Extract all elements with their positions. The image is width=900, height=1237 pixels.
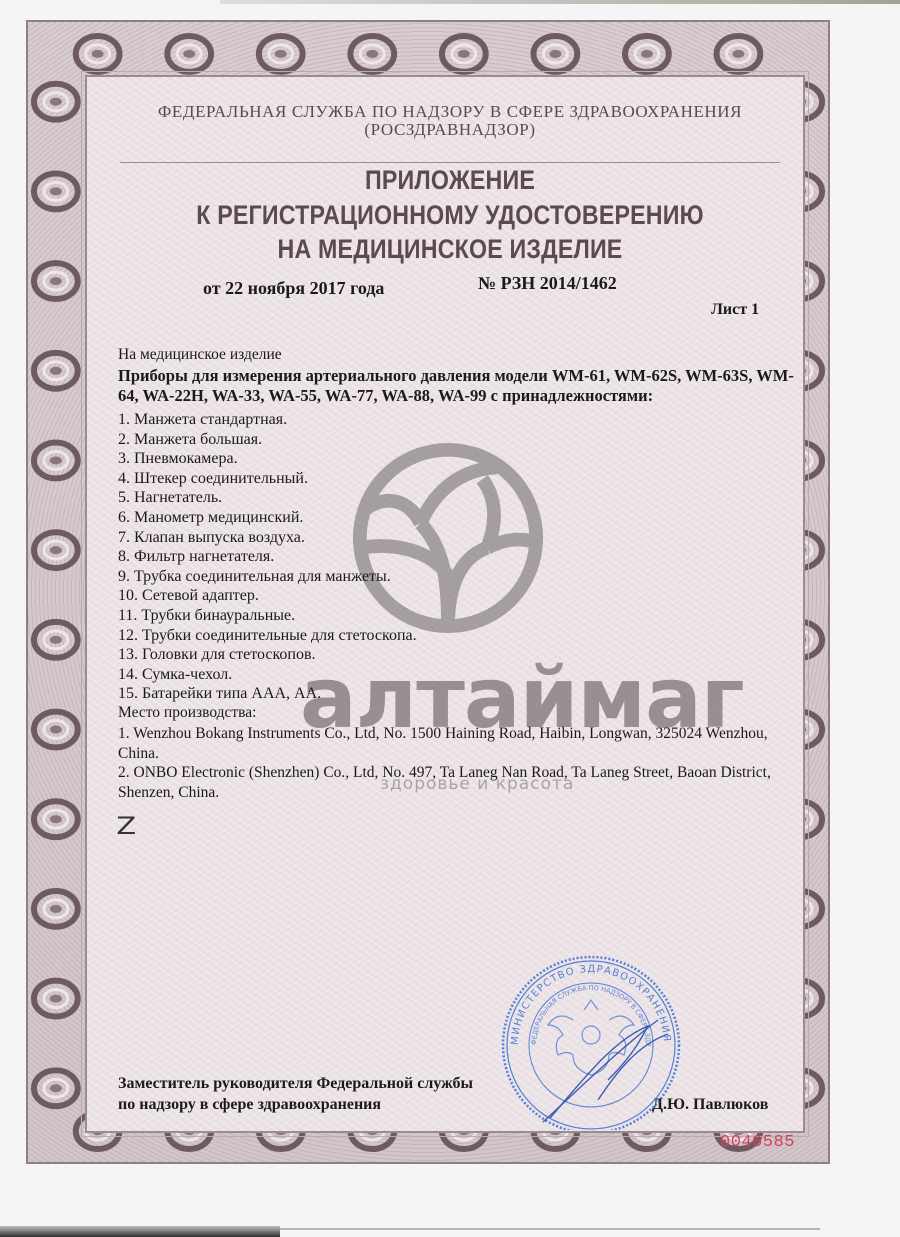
- list-item: 9. Трубка соединительная для манжеты.: [118, 567, 417, 587]
- list-item: 15. Батарейки типа ААА, АА.: [118, 684, 417, 704]
- list-item: 7. Клапан выпуска воздуха.: [118, 528, 417, 548]
- document-title-line1: ПРИЛОЖЕНИЕ: [63, 165, 837, 196]
- manufacturing-sites: 1. Wenzhou Bokang Instruments Co., Ltd, …: [118, 724, 778, 802]
- device-intro: На медицинское изделие: [118, 346, 282, 364]
- list-item: 12. Трубки соединительные для стетоскопа…: [118, 626, 417, 646]
- issue-date: от 22 ноября 2017 года: [203, 278, 384, 299]
- accessories-list: 1. Манжета стандартная. 2. Манжета больш…: [118, 410, 417, 704]
- list-item: 6. Манометр медицинский.: [118, 508, 417, 528]
- list-item: 8. Фильтр нагнетателя.: [118, 547, 417, 567]
- paper-edge: [0, 1226, 280, 1237]
- registration-number: № РЗН 2014/1462: [478, 273, 617, 294]
- list-item: 1. Манжета стандартная.: [118, 410, 417, 430]
- sheet-number: Лист 1: [711, 301, 759, 319]
- document-title-line3: НА МЕДИЦИНСКОЕ ИЗДЕЛИЕ: [63, 234, 837, 265]
- list-item: 14. Сумка-чехол.: [118, 665, 417, 685]
- manufacturing-label: Место производства:: [118, 704, 257, 722]
- device-name: Приборы для измерения артериального давл…: [118, 366, 798, 406]
- list-item: 3. Пневмокамера.: [118, 449, 417, 469]
- signatory-position-line2: по надзору в сфере здравоохранения: [118, 1096, 381, 1114]
- agency-abbreviation: (РОСЗДРАВНАДЗОР): [0, 120, 900, 140]
- signatory-position-line1: Заместитель руководителя Федеральной слу…: [118, 1075, 473, 1093]
- header-divider: [120, 162, 780, 163]
- list-item: 10. Сетевой адаптер.: [118, 586, 417, 606]
- list-item: 5. Нагнетатель.: [118, 488, 417, 508]
- document-title-line2: К РЕГИСТРАЦИОННОМУ УДОСТОВЕРЕНИЮ: [63, 200, 837, 231]
- list-item: 2. Манжета большая.: [118, 430, 417, 450]
- official-seal-icon: МИНИСТЕРСТВО ЗДРАВООХРАНЕНИЯ РОССИЙСКОЙ …: [488, 950, 694, 1130]
- paper-edge: [220, 0, 900, 4]
- list-item: 1. Wenzhou Bokang Instruments Co., Ltd, …: [118, 724, 778, 763]
- list-item: 11. Трубки бинауральные.: [118, 606, 417, 626]
- handwritten-mark: Z: [116, 812, 136, 840]
- list-item: 13. Головки для стетоскопов.: [118, 645, 417, 665]
- serial-number: 0040585: [720, 1133, 795, 1152]
- agency-name: ФЕДЕРАЛЬНАЯ СЛУЖБА ПО НАДЗОРУ В СФЕРЕ ЗД…: [0, 102, 900, 122]
- list-item: 2. ONBO Electronic (Shenzhen) Co., Ltd, …: [118, 763, 778, 802]
- list-item: 4. Штекер соединительный.: [118, 469, 417, 489]
- paper-edge: [280, 1228, 820, 1230]
